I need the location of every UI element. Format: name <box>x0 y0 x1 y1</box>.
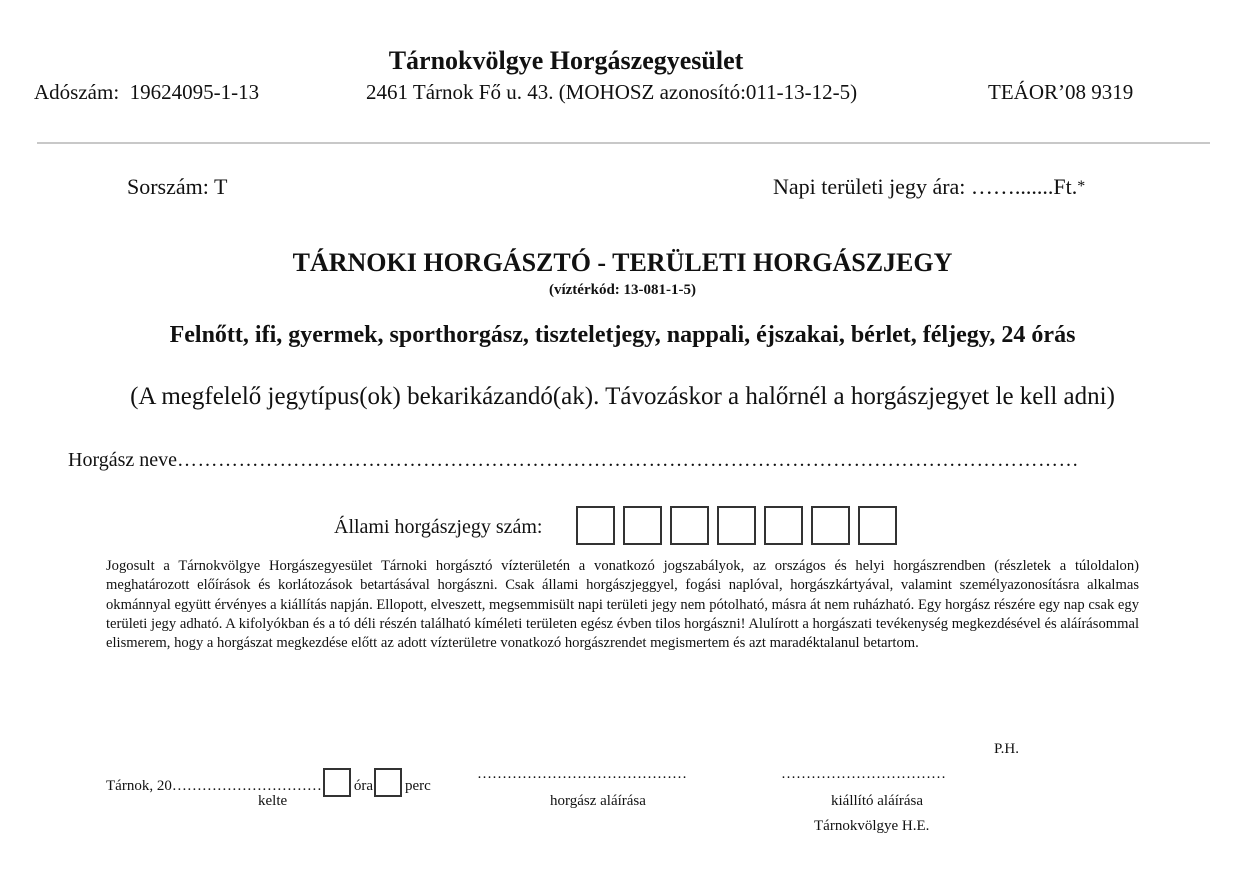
minute-label: perc <box>405 778 431 795</box>
date-caption: kelte <box>258 793 287 810</box>
issuer-signature-caption: kiállító aláírása <box>831 793 923 810</box>
angler-name-field[interactable]: Horgász neve…………………………………………………………………………… <box>68 449 1079 472</box>
license-digit-box[interactable] <box>670 506 709 545</box>
organization-address: 2461 Tárnok Fő u. 43. (MOHOSZ azonosító:… <box>366 80 857 105</box>
ticket-title: TÁRNOKI HORGÁSZTÓ - TERÜLETI HORGÁSZJEGY <box>0 248 1241 278</box>
teaor-code: TEÁOR’08 9319 <box>988 80 1133 105</box>
issuer-organization: Tárnokvölgye H.E. <box>814 818 929 835</box>
state-license-boxes <box>576 506 897 545</box>
license-digit-box[interactable] <box>811 506 850 545</box>
minute-box[interactable] <box>374 768 402 797</box>
angler-signature-line[interactable]: …………………………………… <box>477 766 687 783</box>
date-time-row: Tárnok, 20………………………… óra perc <box>106 766 431 795</box>
license-digit-box[interactable] <box>576 506 615 545</box>
instructions: (A megfelelő jegytípus(ok) bekarikázandó… <box>0 383 1241 411</box>
ticket-types: Felnőtt, ifi, gyermek, sporthorgász, tis… <box>0 322 1241 349</box>
stamp-placeholder: P.H. <box>994 741 1019 758</box>
angler-signature-caption: horgász aláírása <box>550 793 646 810</box>
angler-name-label: Horgász neve <box>68 449 177 471</box>
hour-box[interactable] <box>323 768 351 797</box>
asterisk-mark: * <box>1077 178 1085 195</box>
header-divider <box>37 142 1210 144</box>
license-digit-box[interactable] <box>858 506 897 545</box>
date-field[interactable]: Tárnok, 20………………………… <box>106 778 322 795</box>
license-digit-box[interactable] <box>623 506 662 545</box>
issuer-signature-line[interactable]: …………………………… <box>781 766 946 783</box>
serial-number: Sorszám: T <box>127 174 227 200</box>
angler-name-dots: …………………………………………………………………………………………………………… <box>177 449 1079 471</box>
license-digit-box[interactable] <box>764 506 803 545</box>
water-code: (víztérkód: 13-081-1-5) <box>0 282 1241 299</box>
organization-title: Tárnokvölgye Horgászegyesület <box>0 46 1132 76</box>
daily-ticket-price: Napi területi jegy ára: …….......Ft.* <box>773 174 1085 200</box>
state-license-label: Állami horgászjegy szám: <box>334 516 542 539</box>
hour-label: óra <box>354 778 373 795</box>
price-text: Napi területi jegy ára: …….......Ft. <box>773 174 1077 199</box>
terms-paragraph: Jogosult a Tárnokvölgye Horgászegyesület… <box>106 557 1139 653</box>
license-digit-box[interactable] <box>717 506 756 545</box>
tax-id: Adószám: 19624095-1-13 <box>34 80 259 105</box>
